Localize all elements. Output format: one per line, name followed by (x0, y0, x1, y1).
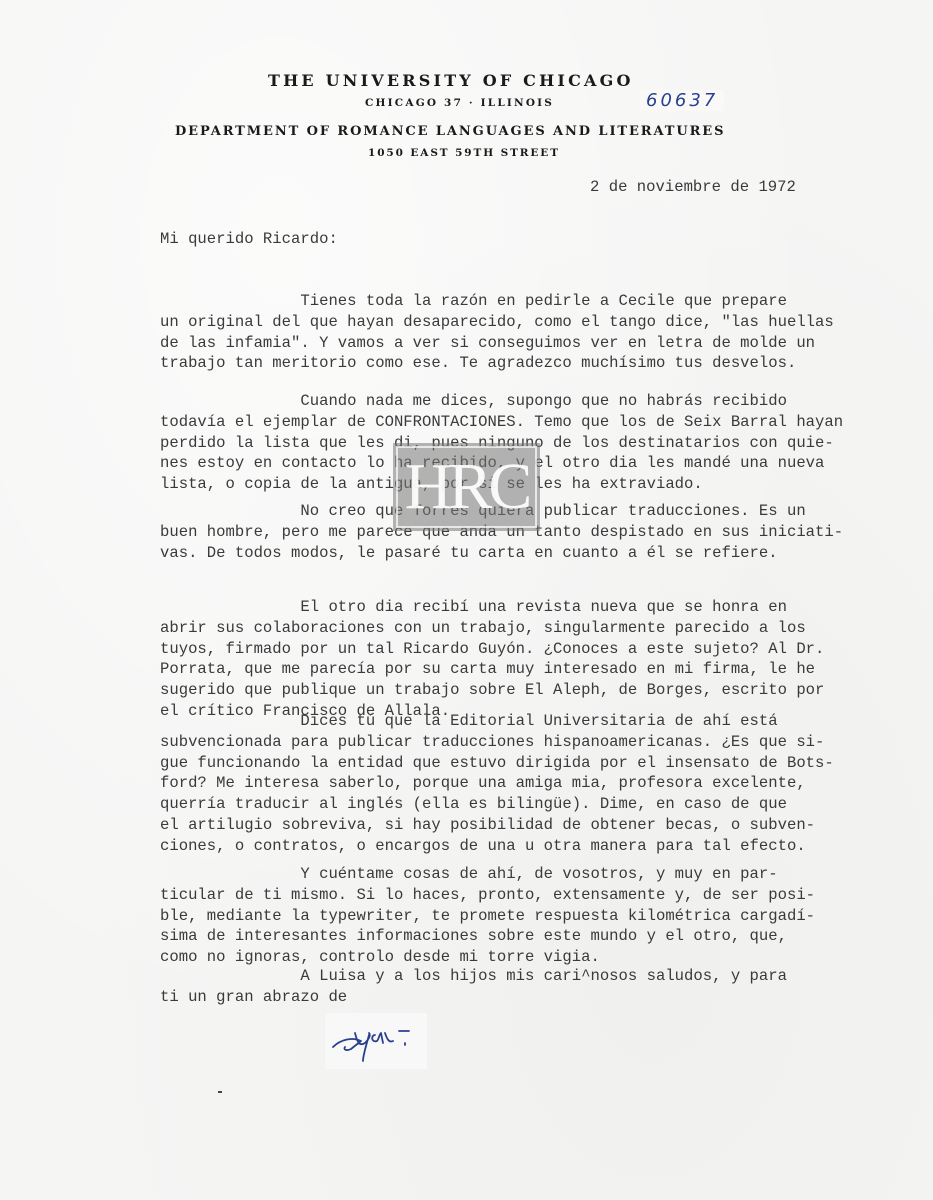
text-line: ble, mediante la typewriter, te promete … (160, 906, 815, 927)
text-line: ciones, o contratos, o encargos de una u… (160, 836, 834, 857)
text-line: tuyos, firmado por un tal Ricardo Guyón.… (160, 639, 824, 660)
letter-page: THE UNIVERSITY OF CHICAGO CHICAGO 37 · I… (0, 0, 933, 1200)
letter-date: 2 de noviembre de 1972 (590, 178, 796, 196)
text-line: Tienes toda la razón en pedirle a Cecile… (160, 291, 834, 312)
text-line: trabajo tan meritorio como ese. Te agrad… (160, 353, 834, 374)
text-line: como no ignoras, controlo desde mi torre… (160, 947, 815, 968)
paragraph-4: El otro dia recibí una revista nueva que… (160, 597, 824, 722)
text-line: Porrata, que me parecía por su carta muy… (160, 659, 824, 680)
text-line: el artilugio sobreviva, si hay posibilid… (160, 815, 834, 836)
text-line: El otro dia recibí una revista nueva que… (160, 597, 824, 618)
paragraph-7: A Luisa y a los hijos mis cari^nosos sal… (160, 966, 787, 1008)
letter-salutation: Mi querido Ricardo: (160, 230, 338, 248)
handwritten-zip-code: 60637 (640, 90, 724, 111)
signature-stroke (325, 1013, 427, 1069)
text-line: querría traducir al inglés (ella es bili… (160, 794, 834, 815)
stray-ink-mark (218, 1091, 222, 1093)
text-line: sima de interesantes informaciones sobre… (160, 926, 815, 947)
text-line: Cuando nada me dices, supongo que no hab… (160, 391, 843, 412)
text-line: Dices tú que la Editorial Universitaria … (160, 711, 834, 732)
text-line: sugerido que publique un trabajo sobre E… (160, 680, 824, 701)
text-line: ticular de ti mismo. Si lo haces, pronto… (160, 885, 815, 906)
text-line: todavía el ejemplar de CONFRONTACIONES. … (160, 412, 843, 433)
signature-icon (325, 1013, 427, 1069)
text-line: ti un gran abrazo de (160, 987, 787, 1008)
text-line: A Luisa y a los hijos mis cari^nosos sal… (160, 966, 787, 987)
text-line: abrir sus colaboraciones con un trabajo,… (160, 618, 824, 639)
text-line: de las infamia". Y vamos a ver si conseg… (160, 333, 834, 354)
text-line: vas. De todos modos, le pasaré tu carta … (160, 543, 843, 564)
hrc-watermark: HRC (393, 443, 540, 531)
paragraph-5: Dices tú que la Editorial Universitaria … (160, 711, 834, 857)
text-line: un original del que hayan desaparecido, … (160, 312, 834, 333)
paragraph-1: Tienes toda la razón en pedirle a Cecile… (160, 291, 834, 374)
text-line: subvencionada para publicar traducciones… (160, 732, 834, 753)
paragraph-6: Y cuéntame cosas de ahí, de vosotros, y … (160, 864, 815, 968)
text-line: Y cuéntame cosas de ahí, de vosotros, y … (160, 864, 815, 885)
text-line: gue funcionando la entidad que estuvo di… (160, 753, 834, 774)
text-line: ford? Me interesa saberlo, porque una am… (160, 773, 834, 794)
